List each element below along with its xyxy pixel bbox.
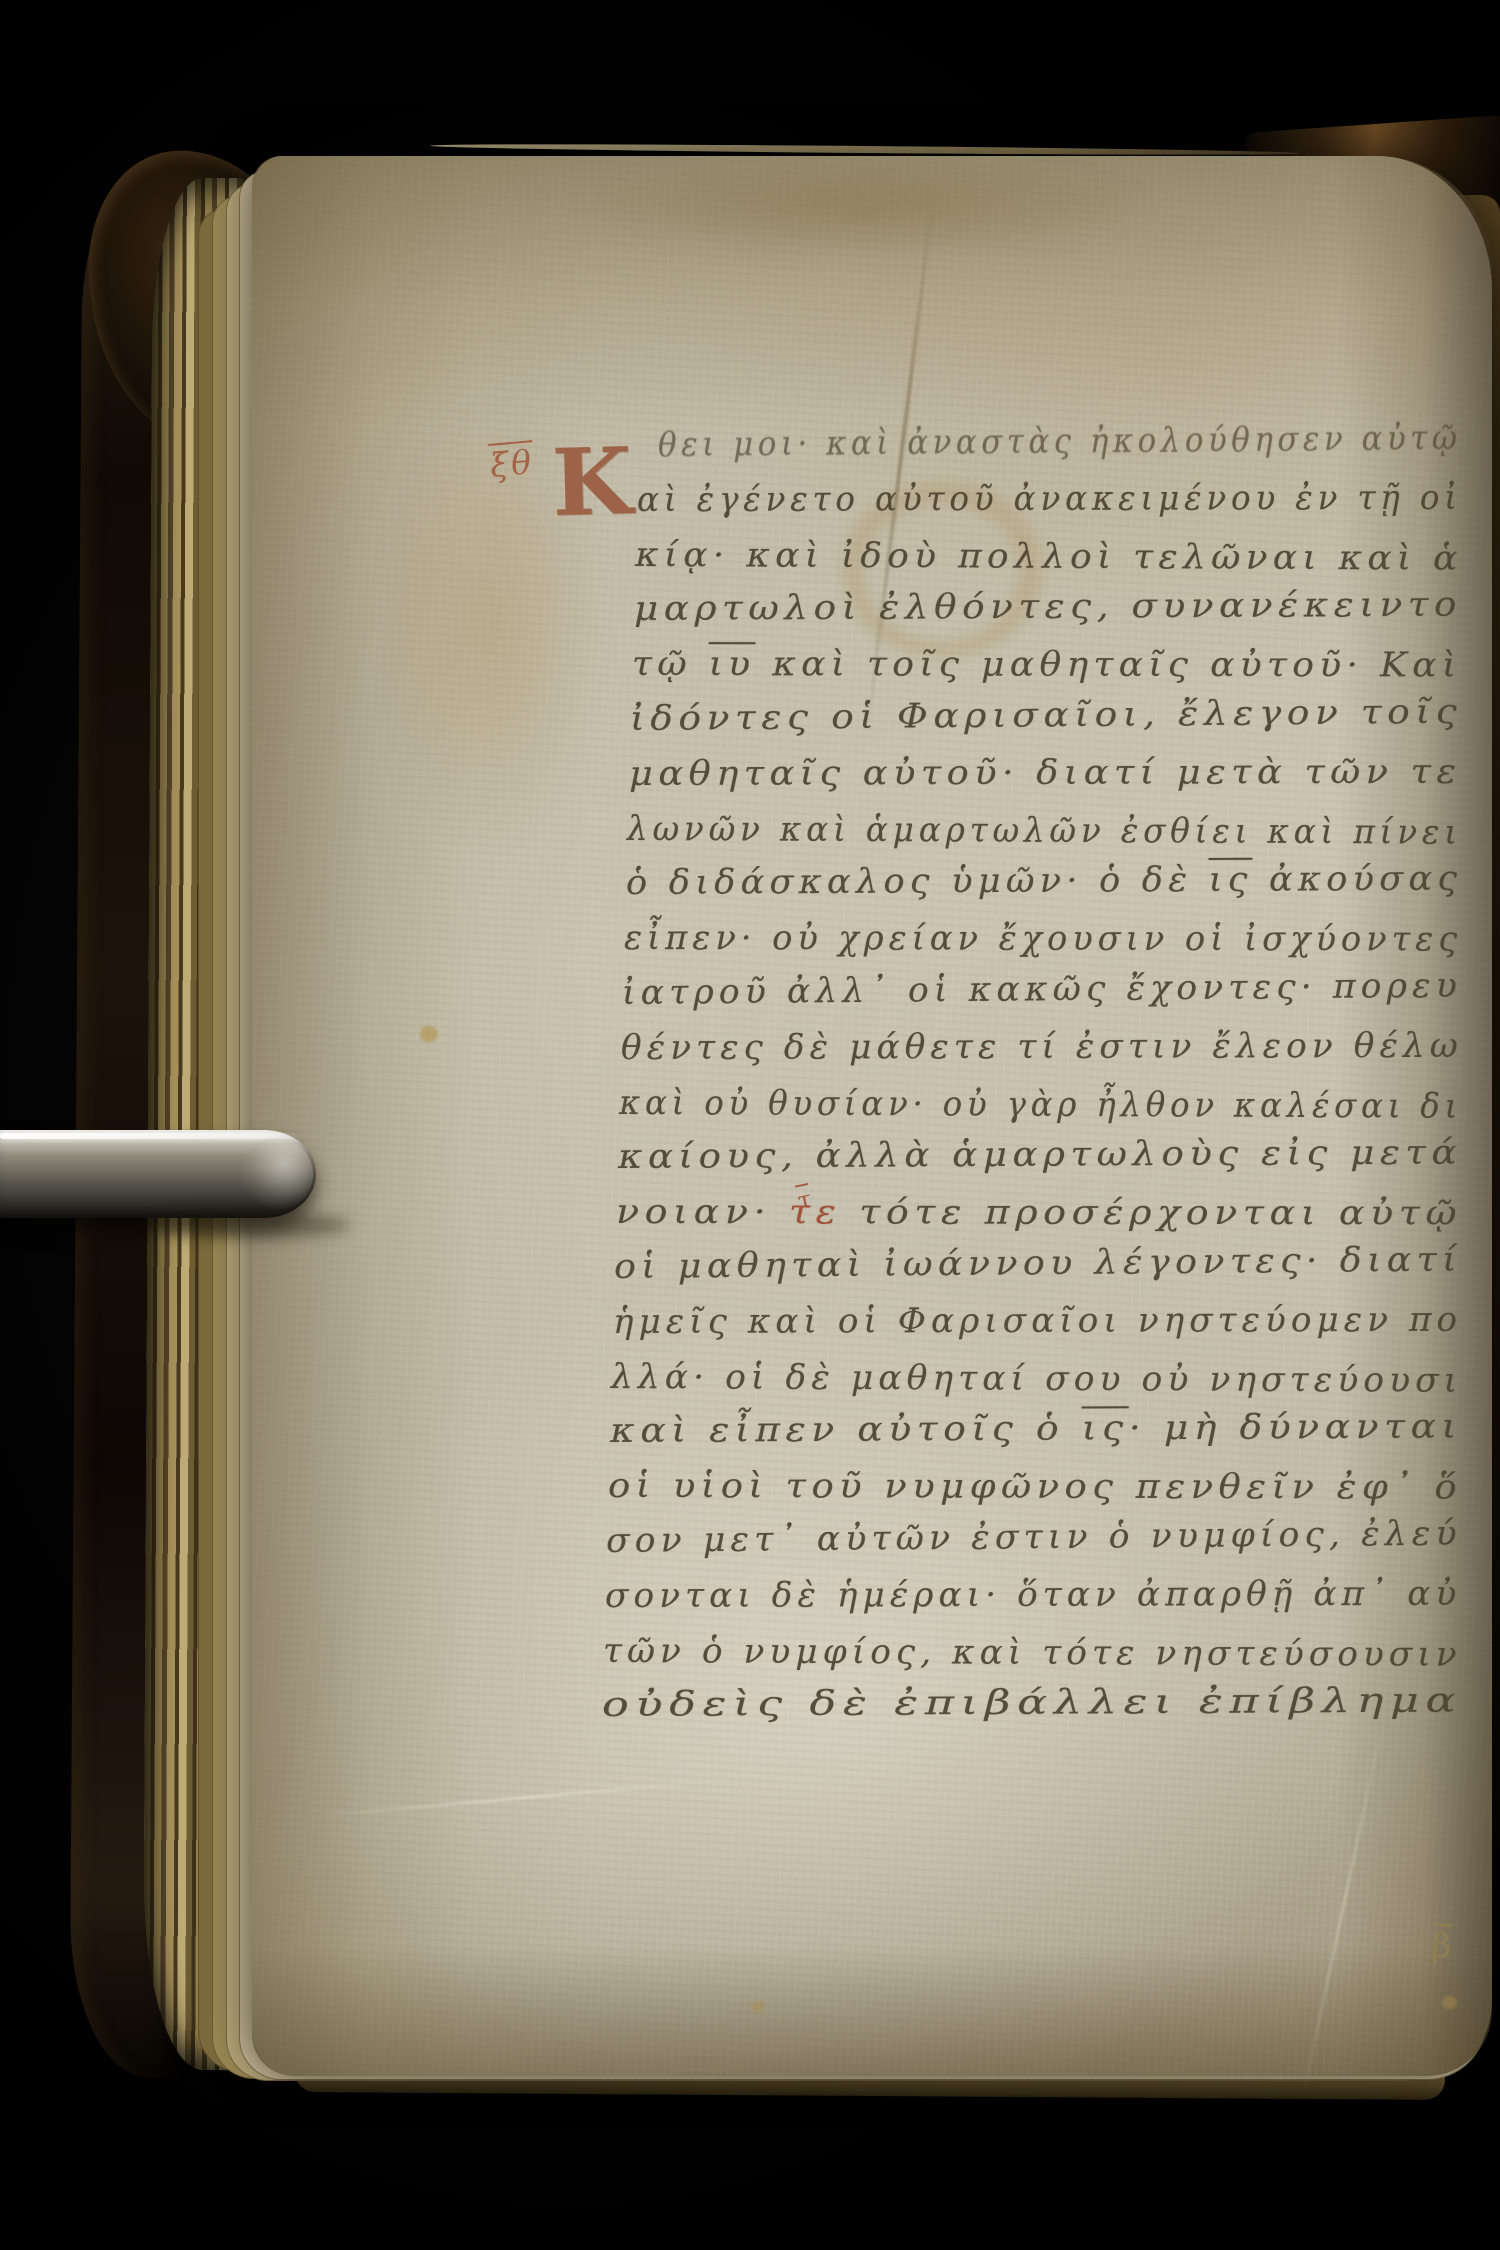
text-line: αὶ ἐγένετο αὐτοῦ ἀνακειμένου ἐν τῇ οἰ [637,478,1462,520]
text-segment: νοιαν· [616,1192,789,1232]
text-line: μαρτωλοὶ ἐλθόντες, συνανέκειντο [634,585,1462,629]
text-line: τῷ ιυ καὶ τοῖς μαθηταῖς αὐτοῦ· Καὶ [632,644,1462,685]
text-line: ὁ διδάσκαλος ὑμῶν· ὁ δὲ ις ἀκούσας [626,859,1462,903]
text-line: καὶ οὐ θυσίαν· οὐ γὰρ ἦλθον καλέσαι δι [619,1083,1462,1127]
text-segment: μαθηταῖς αὐτοῦ· διατί μετὰ τῶν τε [629,752,1462,794]
text-line: ἰατροῦ ἀλλ᾽ οἱ κακῶς ἔχοντες· πορευ [622,966,1462,1013]
nomen-sacrum: ις [1209,860,1253,900]
text-segment: · μὴ δύνανται [1129,1407,1462,1449]
text-segment: μαρτωλοὶ ἐλθόντες, συνανέκειντο [634,585,1462,629]
rod-shadow [150,1212,350,1238]
text-segment: θέντες δὲ μάθετε τί ἐστιν ἔλεον θέλω [621,1026,1463,1068]
text-segment: οἱ μαθηταὶ ἰωάννου λέγοντες· διατί [614,1240,1462,1287]
text-segment: ὁ διδάσκαλος ὑμῶν· ὁ δὲ [626,860,1209,903]
text-line: λλά· οἱ δὲ μαθηταί σου οὐ νηστεύουσι [611,1357,1462,1401]
rod-highlight [0,1133,300,1139]
text-line: ἰδόντες οἱ Φαρισαῖοι, ἔλεγον τοῖς [630,692,1463,739]
text-segment: εἶπεν· οὐ χρείαν ἔχουσιν οἱ ἰσχύοντες [624,918,1462,959]
text-line: οἱ μαθηταὶ ἰωάννου λέγοντες· διατί [614,1240,1462,1287]
text-segment: τῶν ὁ νυμφίος, καὶ τότε νηστεύσουσιν [603,1631,1462,1675]
text-segment: καίους, ἀλλὰ ἁμαρτωλοὺς εἰς μετά [618,1133,1462,1177]
text-line: τῶν ὁ νυμφίος, καὶ τότε νηστεύσουσιν [603,1631,1462,1675]
text-line: οὐδεὶς δὲ ἐπιβάλλει ἐπίβλημα [602,1680,1462,1725]
text-line: ἡμεῖς καὶ οἱ Φαρισαῖοι νηστεύομεν πο [613,1300,1462,1342]
text-line: σονται δὲ ἡμέραι· ὅταν ἀπαρθῇ ἀπ᾽ αὐ [605,1574,1461,1616]
text-segment: λωνῶν καὶ ἁμαρτωλῶν ἐσθίει καὶ πίνει [627,809,1462,853]
text-line: θει μοι· καὶ ἀναστὰς ἠκολούθησεν αὐτῷ [658,418,1462,465]
nomen-sacrum: ις [1082,1408,1129,1448]
photo-background: ξθ Κ τ β θει μοι· καὶ ἀναστὰς ἠκολούθησε… [0,0,1500,2250]
text-line: μαθηταῖς αὐτοῦ· διατί μετὰ τῶν τε [629,752,1462,794]
text-segment: ἀκούσας [1252,859,1462,900]
text-block: θει μοι· καὶ ἀναστὰς ἠκολούθησεν αὐτῷαὶ … [0,0,1500,2250]
text-segment: ἡμεῖς καὶ οἱ Φαρισαῖοι νηστεύομεν πο [613,1300,1462,1342]
text-line: οἱ υἱοὶ τοῦ νυμφῶνος πενθεῖν ἐφ᾽ ὅ [608,1466,1462,1507]
text-segment: καὶ οὐ θυσίαν· οὐ γὰρ ἦλθον καλέσαι δι [619,1083,1462,1127]
glass-weight-rod [0,1130,316,1218]
text-segment: τότε προσέρχονται αὐτῷ [842,1192,1463,1233]
text-segment: σον μετ᾽ αὐτῶν ἐστιν ὁ νυμφίος, ἐλεύ [606,1514,1462,1561]
text-line: σον μετ᾽ αὐτῶν ἐστιν ὁ νυμφίος, ἐλεύ [606,1514,1462,1561]
text-segment: καὶ τοῖς μαθηταῖς αὐτοῦ· Καὶ [755,644,1461,685]
text-line: θέντες δὲ μάθετε τί ἐστιν ἔλεον θέλω [621,1026,1463,1068]
text-segment: τῷ [632,644,709,684]
text-segment: λλά· οἱ δὲ μαθηταί σου οὐ νηστεύουσι [611,1357,1462,1401]
text-line: εἶπεν· οὐ χρείαν ἔχουσιν οἱ ἰσχύοντες [624,918,1462,959]
text-segment: οὐδεὶς δὲ ἐπιβάλλει ἐπίβλημα [602,1680,1462,1725]
rubric-word: τε [789,1192,842,1232]
text-segment: ἰατροῦ ἀλλ᾽ οἱ κακῶς ἔχοντες· πορευ [622,966,1462,1013]
text-line: καὶ εἶπεν αὐτοῖς ὁ ις· μὴ δύνανται [610,1407,1462,1451]
text-segment: οἱ υἱοὶ τοῦ νυμφῶνος πενθεῖν ἐφ᾽ ὅ [608,1466,1462,1507]
text-segment: θει μοι· καὶ ἀναστὰς ἠκολούθησεν αὐτῷ [658,418,1462,465]
nomen-sacrum: ιυ [709,644,756,684]
text-segment: καὶ εἶπεν αὐτοῖς ὁ [610,1409,1082,1451]
text-segment: ἰδόντες οἱ Φαρισαῖοι, ἔλεγον τοῖς [630,692,1463,739]
text-segment: αὶ ἐγένετο αὐτοῦ ἀνακειμένου ἐν τῇ οἰ [637,478,1462,520]
text-line: κίᾳ· καὶ ἰδοὺ πολλοὶ τελῶναι καὶ ἁ [635,535,1463,579]
text-line: καίους, ἀλλὰ ἁμαρτωλοὺς εἰς μετά [618,1133,1462,1177]
text-segment: σονται δὲ ἡμέραι· ὅταν ἀπαρθῇ ἀπ᾽ αὐ [605,1574,1461,1616]
text-segment: κίᾳ· καὶ ἰδοὺ πολλοὶ τελῶναι καὶ ἁ [635,535,1463,579]
text-line: λωνῶν καὶ ἁμαρτωλῶν ἐσθίει καὶ πίνει [627,809,1462,853]
text-line: νοιαν· τε τότε προσέρχονται αὐτῷ [616,1192,1462,1233]
